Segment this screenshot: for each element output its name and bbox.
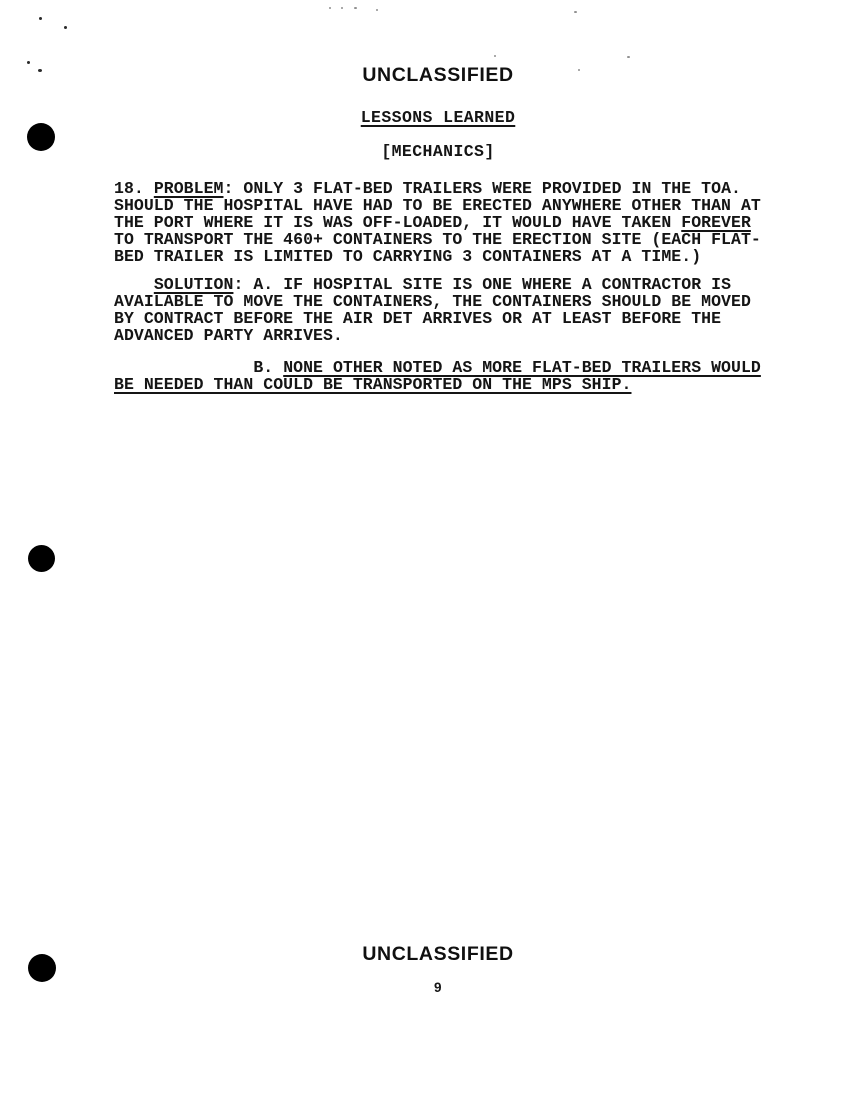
- paragraph: B. NONE OTHER NOTED AS MORE FLAT-BED TRA…: [114, 359, 761, 393]
- scan-speckle: [354, 7, 357, 9]
- document-title: LESSONS LEARNED: [13, 108, 850, 127]
- text-segment: BED TRAILER IS LIMITED TO CARRYING 3 CON…: [114, 247, 701, 266]
- hole-punch-mark: [28, 545, 55, 572]
- document-line: ADVANCED PARTY ARRIVES.: [114, 327, 761, 344]
- document-line: SOLUTION: A. IF HOSPITAL SITE IS ONE WHE…: [114, 276, 761, 293]
- classification-footer: UNCLASSIFIED: [13, 943, 850, 966]
- scan-speckle: [494, 55, 496, 57]
- scan-speckle: [574, 11, 577, 13]
- paragraph: 18. PROBLEM: ONLY 3 FLAT-BED TRAILERS WE…: [114, 180, 761, 265]
- document-line: B. NONE OTHER NOTED AS MORE FLAT-BED TRA…: [114, 359, 761, 376]
- document-body: 18. PROBLEM: ONLY 3 FLAT-BED TRAILERS WE…: [114, 180, 761, 393]
- paragraph: SOLUTION: A. IF HOSPITAL SITE IS ONE WHE…: [114, 276, 761, 344]
- document-line: SHOULD THE HOSPITAL HAVE HAD TO BE ERECT…: [114, 197, 761, 214]
- underlined-text: BE NEEDED THAN COULD BE TRANSPORTED ON T…: [114, 375, 631, 394]
- document-line: AVAILABLE TO MOVE THE CONTAINERS, THE CO…: [114, 293, 761, 310]
- scan-speckle: [64, 26, 67, 29]
- scan-speckle: [39, 17, 42, 20]
- document-line: BED TRAILER IS LIMITED TO CARRYING 3 CON…: [114, 248, 761, 265]
- document-line: TO TRANSPORT THE 460+ CONTAINERS TO THE …: [114, 231, 761, 248]
- document-line: BY CONTRACT BEFORE THE AIR DET ARRIVES O…: [114, 310, 761, 327]
- document-page: UNCLASSIFIED LESSONS LEARNED [MECHANICS]…: [0, 0, 850, 1097]
- scan-speckle: [329, 7, 331, 9]
- document-title-text: LESSONS LEARNED: [361, 108, 516, 127]
- document-line: 18. PROBLEM: ONLY 3 FLAT-BED TRAILERS WE…: [114, 180, 761, 197]
- document-subtitle: [MECHANICS]: [13, 142, 850, 161]
- document-line: THE PORT WHERE IT IS WAS OFF-LOADED, IT …: [114, 214, 761, 231]
- classification-header: UNCLASSIFIED: [13, 64, 850, 87]
- scan-speckle: [376, 9, 378, 11]
- text-segment: ADVANCED PARTY ARRIVES.: [114, 326, 343, 345]
- page-number: 9: [13, 980, 850, 995]
- document-line: BE NEEDED THAN COULD BE TRANSPORTED ON T…: [114, 376, 761, 393]
- scan-speckle: [341, 7, 343, 9]
- scan-speckle: [627, 56, 630, 58]
